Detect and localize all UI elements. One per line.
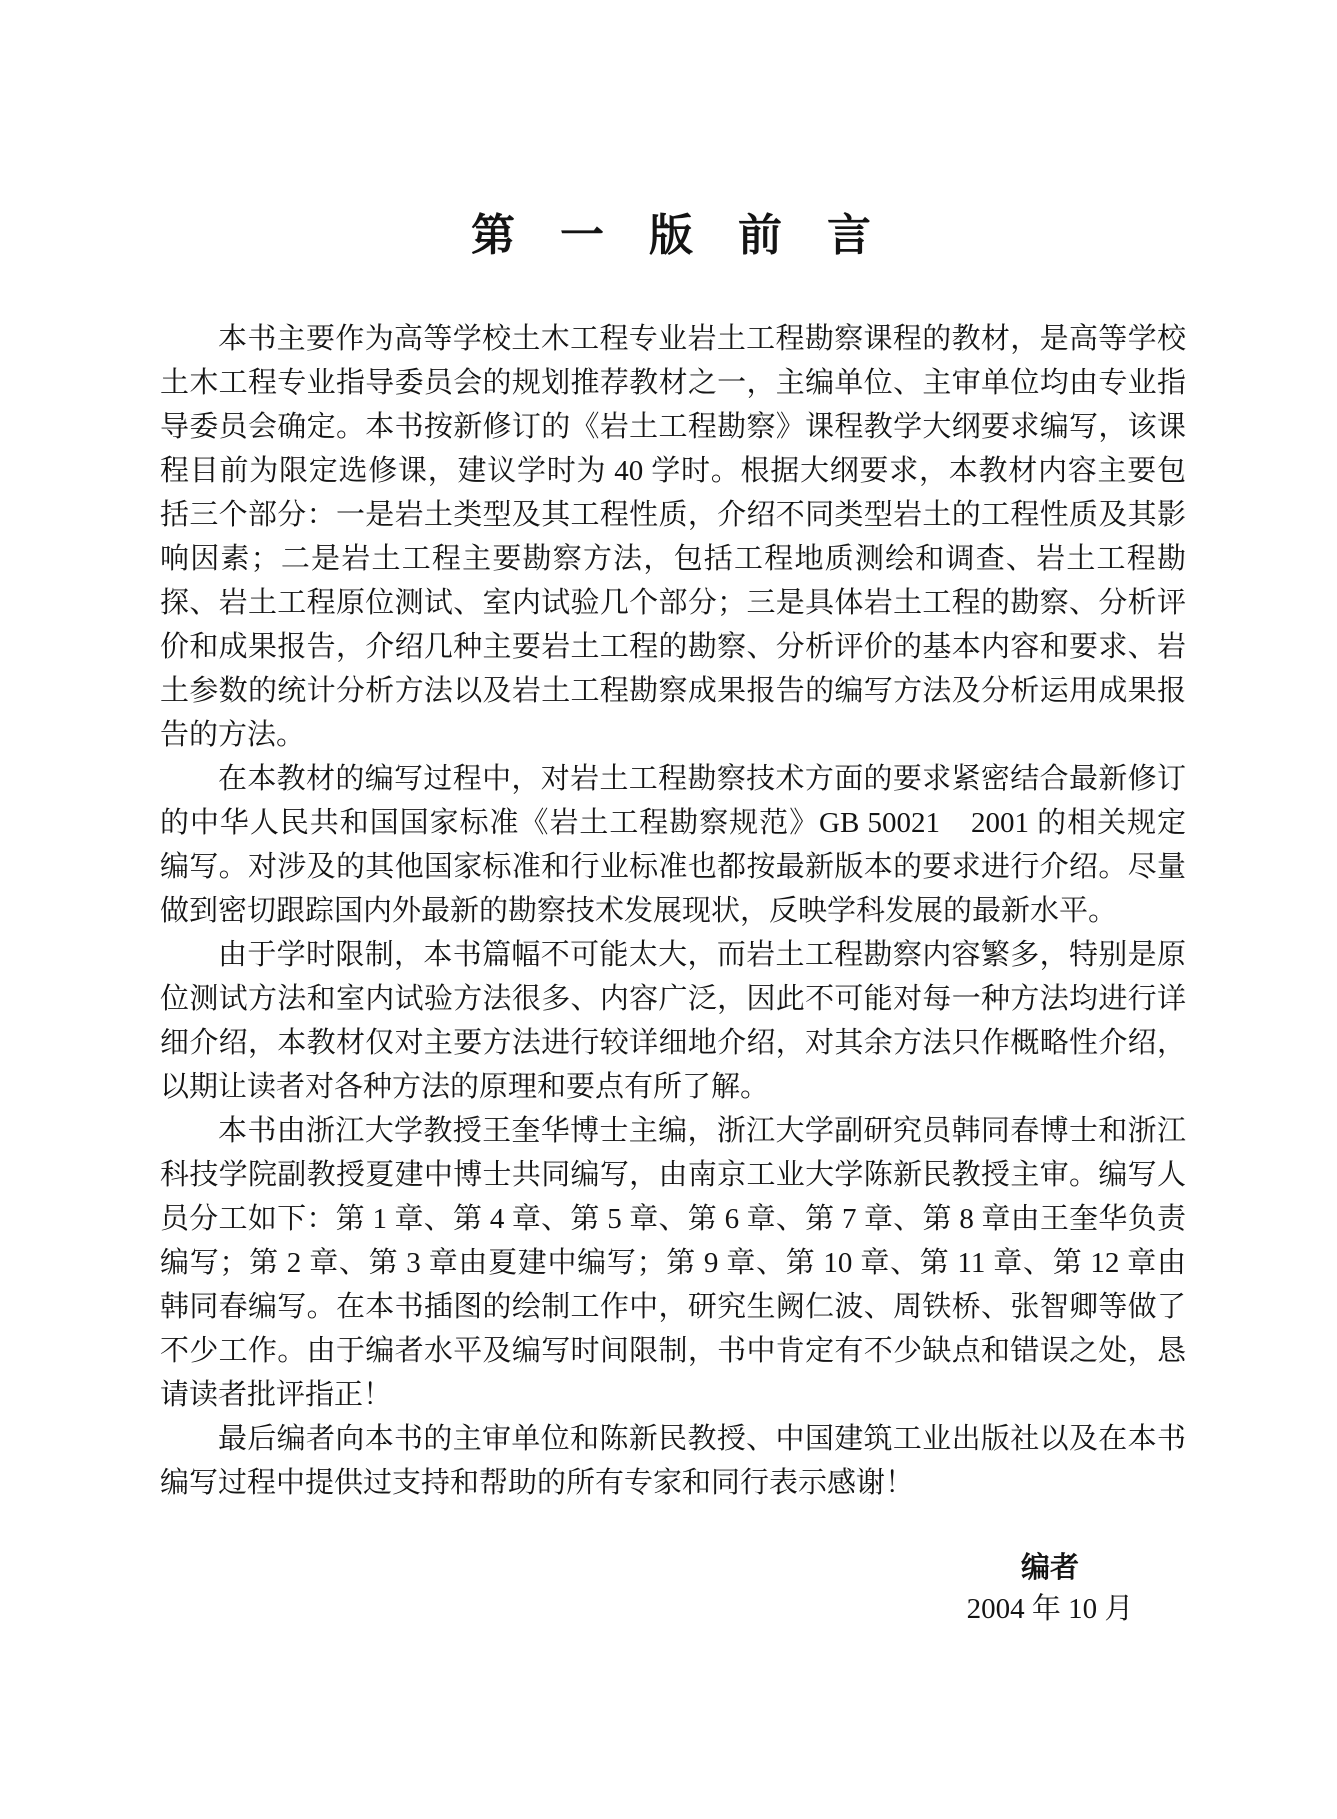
page-content: 第 一 版 前 言 本书主要作为高等学校土木工程专业岩土工程勘察课程的教材，是高… [160,0,1186,1505]
preface-page: 第 一 版 前 言 本书主要作为高等学校土木工程专业岩土工程勘察课程的教材，是高… [0,0,1337,1819]
paragraph-standards: 在本教材的编写过程中，对岩土工程勘察技术方面的要求紧密结合最新修订的中华人民共和… [160,757,1186,933]
page-title: 第 一 版 前 言 [160,210,1186,263]
paragraph-scope: 由于学时限制，本书篇幅不可能太大，而岩土工程勘察内容繁多，特别是原位测试方法和室… [160,933,1186,1109]
paragraph-authors: 本书由浙江大学教授王奎华博士主编，浙江大学副研究员韩同春博士和浙江科技学院副教授… [160,1109,1186,1417]
paragraph-intro: 本书主要作为高等学校土木工程专业岩土工程勘察课程的教材，是高等学校土木工程专业指… [160,317,1186,757]
paragraph-thanks: 最后编者向本书的主审单位和陈新民教授、中国建筑工业出版社以及在本书编写过程中提供… [160,1417,1186,1505]
signature-author: 编者 [938,1548,1162,1589]
signature-date: 2004 年 10 月 [938,1589,1162,1630]
signature-block: 编者 2004 年 10 月 [938,1548,1162,1630]
